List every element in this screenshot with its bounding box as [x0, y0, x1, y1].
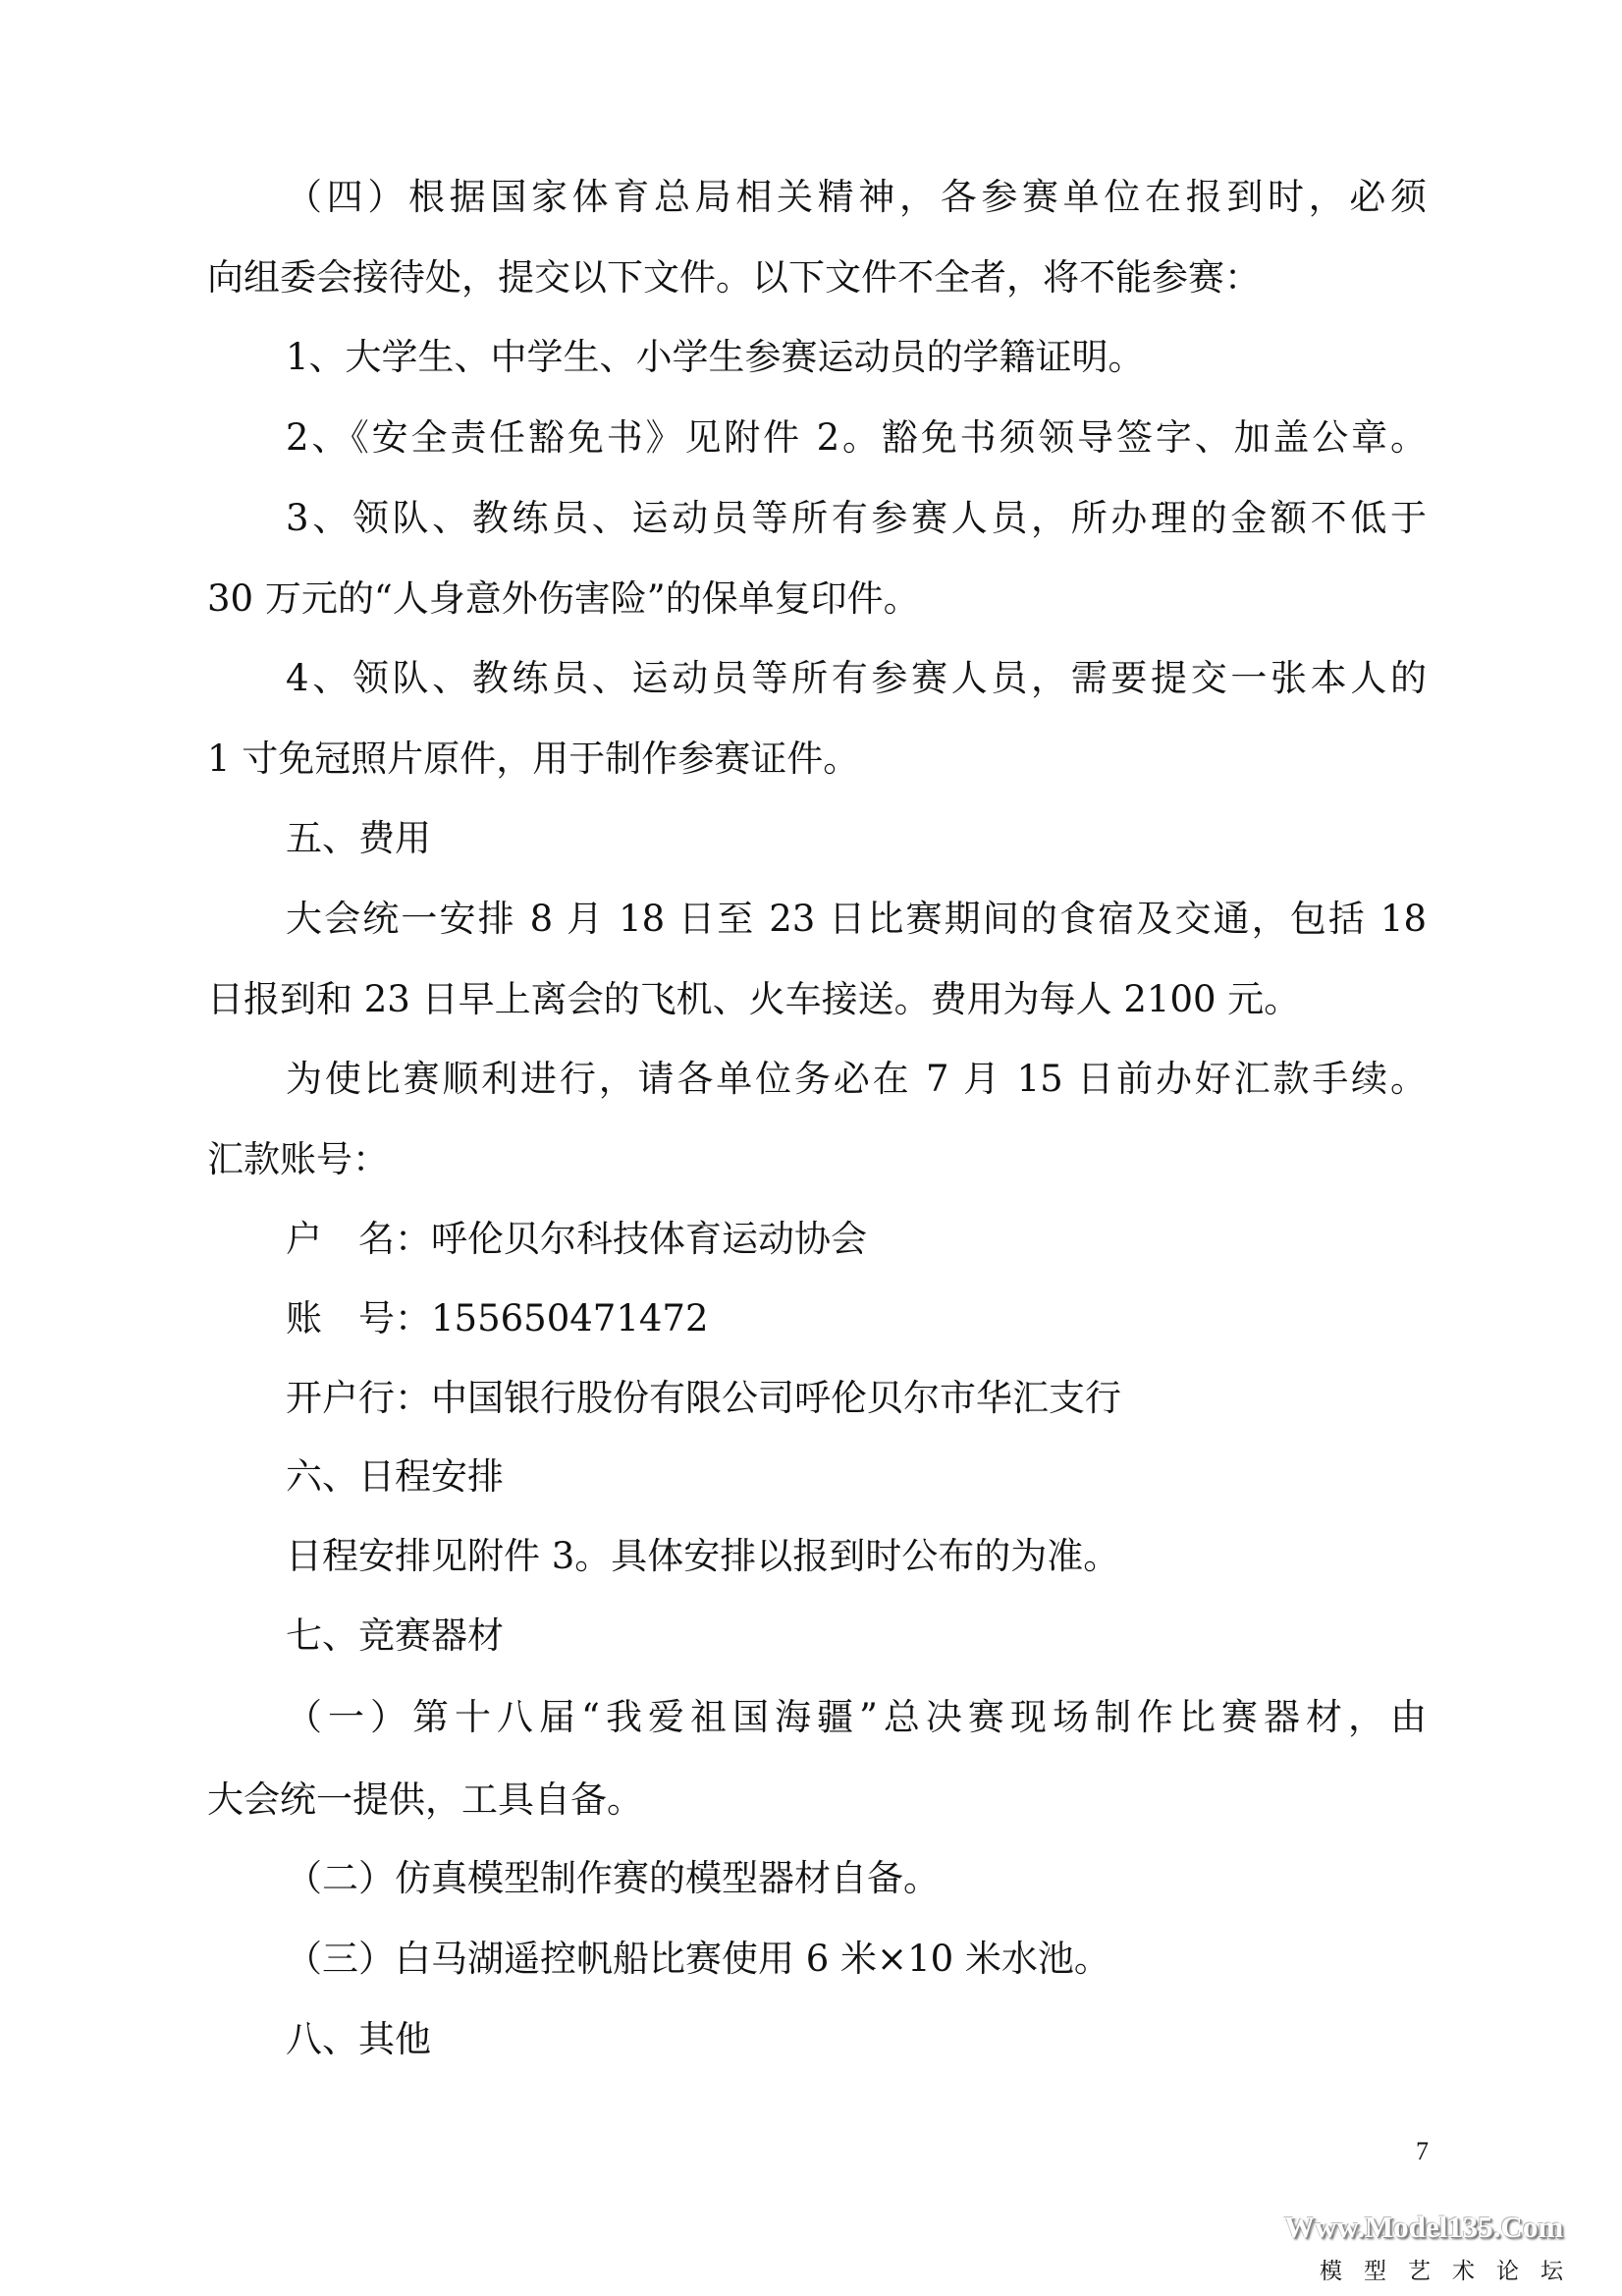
item-2-waiver: 2、《安全责任豁免书》见附件 2。豁免书须领导签字、加盖公章。 — [286, 413, 1427, 463]
section-6-heading: 六、日程安排 — [286, 1452, 1427, 1502]
section-5-heading: 五、费用 — [286, 814, 1427, 863]
remittance-deadline-line: 为使比赛顺利进行，请各单位务必在 7 月 15 日前办好汇款手续。 — [286, 1055, 1427, 1104]
remittance-account-label: 汇款账号： — [207, 1135, 1427, 1184]
document-page: （四）根据国家体育总局相关精神，各参赛单位在报到时，必须 向组委会接待处，提交以… — [0, 0, 1622, 2296]
watermark-url: Www.Model135.Com — [1284, 2210, 1608, 2245]
equipment-item-3: （三）白马湖遥控帆船比赛使用 6 米×10 米水池。 — [286, 1935, 1427, 1984]
page-number: 7 — [1416, 2137, 1429, 2166]
item-3-insurance-line-2: 30 万元的“人身意外伤害险”的保单复印件。 — [207, 574, 1427, 624]
item-3-insurance-line-1: 3、领队、教练员、运动员等所有参赛人员，所办理的金额不低于 — [286, 494, 1427, 543]
item-4-photo-line-1: 4、领队、教练员、运动员等所有参赛人员，需要提交一张本人的 — [286, 654, 1427, 703]
section-7-heading: 七、竞赛器材 — [286, 1612, 1427, 1661]
item-1-student-proof: 1、大学生、中学生、小学生参赛运动员的学籍证明。 — [286, 333, 1427, 382]
fees-paragraph-line-2: 日报到和 23 日早上离会的飞机、火车接送。费用为每人 2100 元。 — [207, 975, 1427, 1024]
fees-paragraph-line-1: 大会统一安排 8 月 18 日至 23 日比赛期间的食宿及交通，包括 18 — [286, 895, 1427, 944]
paragraph-4-intro-line-2: 向组委会接待处，提交以下文件。以下文件不全者，将不能参赛： — [207, 253, 1427, 302]
equipment-item-1-line-2: 大会统一提供，工具自备。 — [207, 1776, 1427, 1825]
watermark-site-name: 模型艺术论坛 — [1320, 2253, 1585, 2285]
schedule-paragraph: 日程安排见附件 3。具体安排以报到时公布的为准。 — [286, 1532, 1427, 1581]
account-bank: 开户行：中国银行股份有限公司呼伦贝尔市华汇支行 — [286, 1374, 1427, 1423]
paragraph-4-intro-line-1: （四）根据国家体育总局相关精神，各参赛单位在报到时，必须 — [286, 173, 1427, 222]
equipment-item-1-line-1: （一）第十八届“我爱祖国海疆”总决赛现场制作比赛器材，由 — [286, 1693, 1427, 1742]
item-4-photo-line-2: 1 寸免冠照片原件，用于制作参赛证件。 — [207, 735, 1427, 784]
account-name: 户 名：呼伦贝尔科技体育运动协会 — [286, 1215, 1427, 1264]
account-number: 账 号：155650471472 — [286, 1294, 1427, 1343]
section-8-heading: 八、其他 — [286, 2015, 1427, 2064]
equipment-item-2: （二）仿真模型制作赛的模型器材自备。 — [286, 1854, 1427, 1903]
